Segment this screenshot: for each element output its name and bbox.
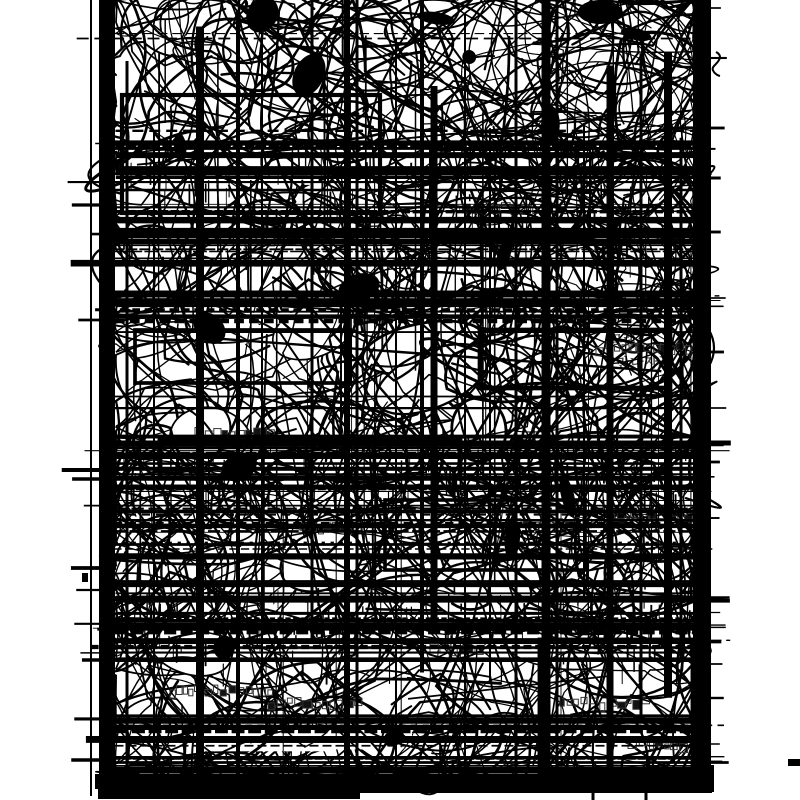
white-gaps [175,175,412,751]
ellipse-outlines [81,0,714,766]
speech-text-1: 그래? [610,327,645,348]
scribble-art-canvas [0,0,800,800]
glitch-comic-page: 그래? 만나자고, [0,0,800,800]
panel-frame [91,0,714,800]
panel-rects [122,95,695,773]
diagonal-strokes [127,22,691,772]
text-debris [170,202,708,752]
outer-marks [62,8,800,766]
white-bubble-patches [139,200,608,687]
scribble-layer-over [100,0,708,794]
grid-vertical [116,0,691,774]
ink-blobs [173,0,653,750]
grid-horizontal [68,34,731,773]
speech-text-2: 만나자고, [616,351,679,373]
scribble-layer-under [88,0,720,795]
